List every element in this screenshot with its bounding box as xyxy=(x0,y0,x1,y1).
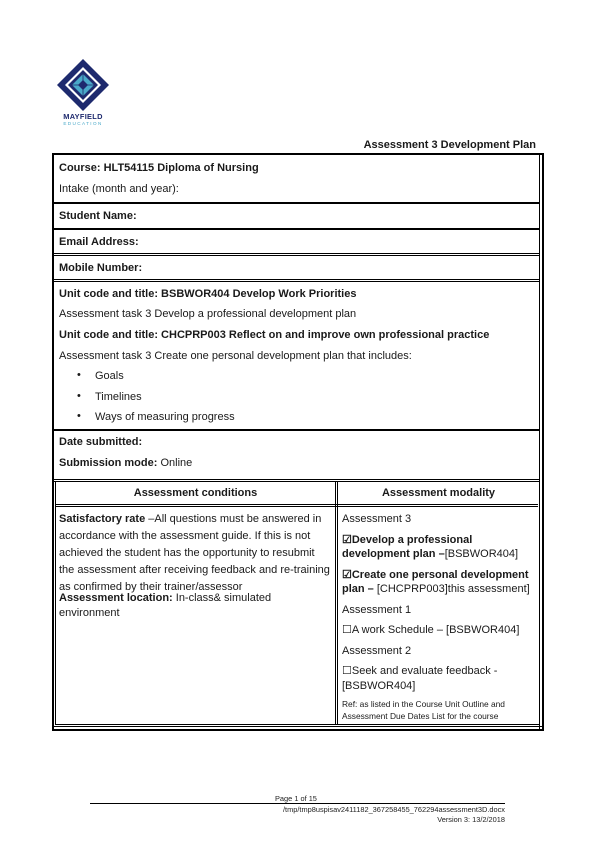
assessment-location-value: environment xyxy=(59,607,120,620)
submission-mode-label: Submission mode: xyxy=(59,457,157,469)
logo-name: MAYFIELD xyxy=(56,112,110,121)
satisfactory-rate-label: Satisfactory rate xyxy=(59,513,145,525)
modality-item-checked: plan – [CHCPRP003]this assessment] xyxy=(342,583,530,596)
logo-subtitle: EDUCATION xyxy=(56,121,110,126)
header-assessment-modality: Assessment modality xyxy=(338,487,539,500)
assessment-location-value: In-class& simulated xyxy=(173,592,271,604)
list-item: Ways of measuring progress xyxy=(95,411,235,424)
row-divider xyxy=(54,255,540,256)
modality-item-text: development plan – xyxy=(342,548,445,560)
modality-item-ref: [BSBWOR404] xyxy=(445,548,518,560)
list-item: Goals xyxy=(95,370,124,383)
unit2-title: Unit code and title: CHCPRP003 Reflect o… xyxy=(59,329,489,342)
footer-divider xyxy=(90,803,505,804)
assessment-location-label: Assessment location: xyxy=(59,592,173,604)
table-border-left xyxy=(52,153,54,731)
satisfactory-text: –All questions must be answered in xyxy=(145,513,321,525)
row-divider xyxy=(54,253,540,254)
date-submitted-label: Date submitted: xyxy=(59,436,142,449)
modality-item-ref: [CHCPRP003]this assessment] xyxy=(377,583,530,595)
table-border-bottom-inner xyxy=(52,726,544,727)
assessment-3-label: Assessment 3 xyxy=(342,513,411,526)
list-item: Timelines xyxy=(95,391,142,404)
row-divider xyxy=(54,429,540,431)
mayfield-diamond-logo-icon xyxy=(56,58,110,112)
modality-item-text: plan – xyxy=(342,583,377,595)
unit1-title: Unit code and title: BSBWOR404 Develop W… xyxy=(59,288,356,301)
row-divider xyxy=(54,481,540,482)
cell-border xyxy=(55,481,56,725)
column-divider xyxy=(337,481,338,725)
row-divider xyxy=(54,279,540,280)
row-divider xyxy=(56,504,538,505)
row-divider xyxy=(54,281,540,282)
bullet-icon: • xyxy=(77,410,81,422)
submission-mode-value: Online xyxy=(157,457,192,469)
modality-item-checked: ☑Develop a professional xyxy=(342,534,472,547)
email-label: Email Address: xyxy=(59,236,139,249)
column-divider xyxy=(335,481,336,725)
submission-mode: Submission mode: Online xyxy=(59,457,192,470)
document-title: Assessment 3 Development Plan xyxy=(364,139,536,151)
page-number: Page 1 of 15 xyxy=(275,794,317,803)
assessment-1-label: Assessment 1 xyxy=(342,604,411,617)
modality-item-checked: development plan –[BSBWOR404] xyxy=(342,548,518,561)
unit1-task: Assessment task 3 Develop a professional… xyxy=(59,308,356,321)
mobile-label: Mobile Number: xyxy=(59,262,142,275)
satisfactory-rate: Satisfactory rate –All questions must be… xyxy=(59,513,321,526)
modality-item-checked: ☑Create one personal development xyxy=(342,569,529,582)
reference-note: Ref: as listed in the Course Unit Outlin… xyxy=(342,698,505,710)
modality-item-unchecked: [BSBWOR404] xyxy=(342,680,415,693)
row-divider xyxy=(56,506,538,507)
modality-item-unchecked: ☐Seek and evaluate feedback - xyxy=(342,665,497,678)
satisfactory-text: accordance with the assessment guide. If… xyxy=(59,530,310,543)
table-border-top xyxy=(52,153,543,155)
file-path: /tmp/tmp8uspisav2411182_367258455_762294… xyxy=(283,805,505,814)
assessment-2-label: Assessment 2 xyxy=(342,645,411,658)
assessment-location: Assessment location: In-class& simulated xyxy=(59,592,271,605)
unit2-task: Assessment task 3 Create one personal de… xyxy=(59,350,412,363)
row-divider xyxy=(54,202,540,204)
reference-note: Assessment Due Dates List for the course xyxy=(342,710,498,722)
row-divider xyxy=(54,479,540,480)
version: Version 3: 13/2/2018 xyxy=(437,815,505,824)
intake-label: Intake (month and year): xyxy=(59,183,179,196)
table-border-bottom xyxy=(52,729,544,731)
table-border-right xyxy=(542,153,544,731)
satisfactory-text: achieved the student has the opportunity… xyxy=(59,547,315,560)
bullet-icon: • xyxy=(77,390,81,402)
header-assessment-conditions: Assessment conditions xyxy=(56,487,335,500)
student-name-label: Student Name: xyxy=(59,210,137,223)
bullet-icon: • xyxy=(77,369,81,381)
course-label: Course: HLT54115 Diploma of Nursing xyxy=(59,162,259,175)
table-border-right-inner xyxy=(539,155,540,731)
mayfield-logo: MAYFIELD EDUCATION xyxy=(56,58,110,130)
cell-border xyxy=(55,724,539,725)
satisfactory-text: the assessment after receiving feedback … xyxy=(59,564,330,577)
modality-item-unchecked: ☐A work Schedule – [BSBWOR404] xyxy=(342,624,519,637)
row-divider xyxy=(54,228,540,230)
